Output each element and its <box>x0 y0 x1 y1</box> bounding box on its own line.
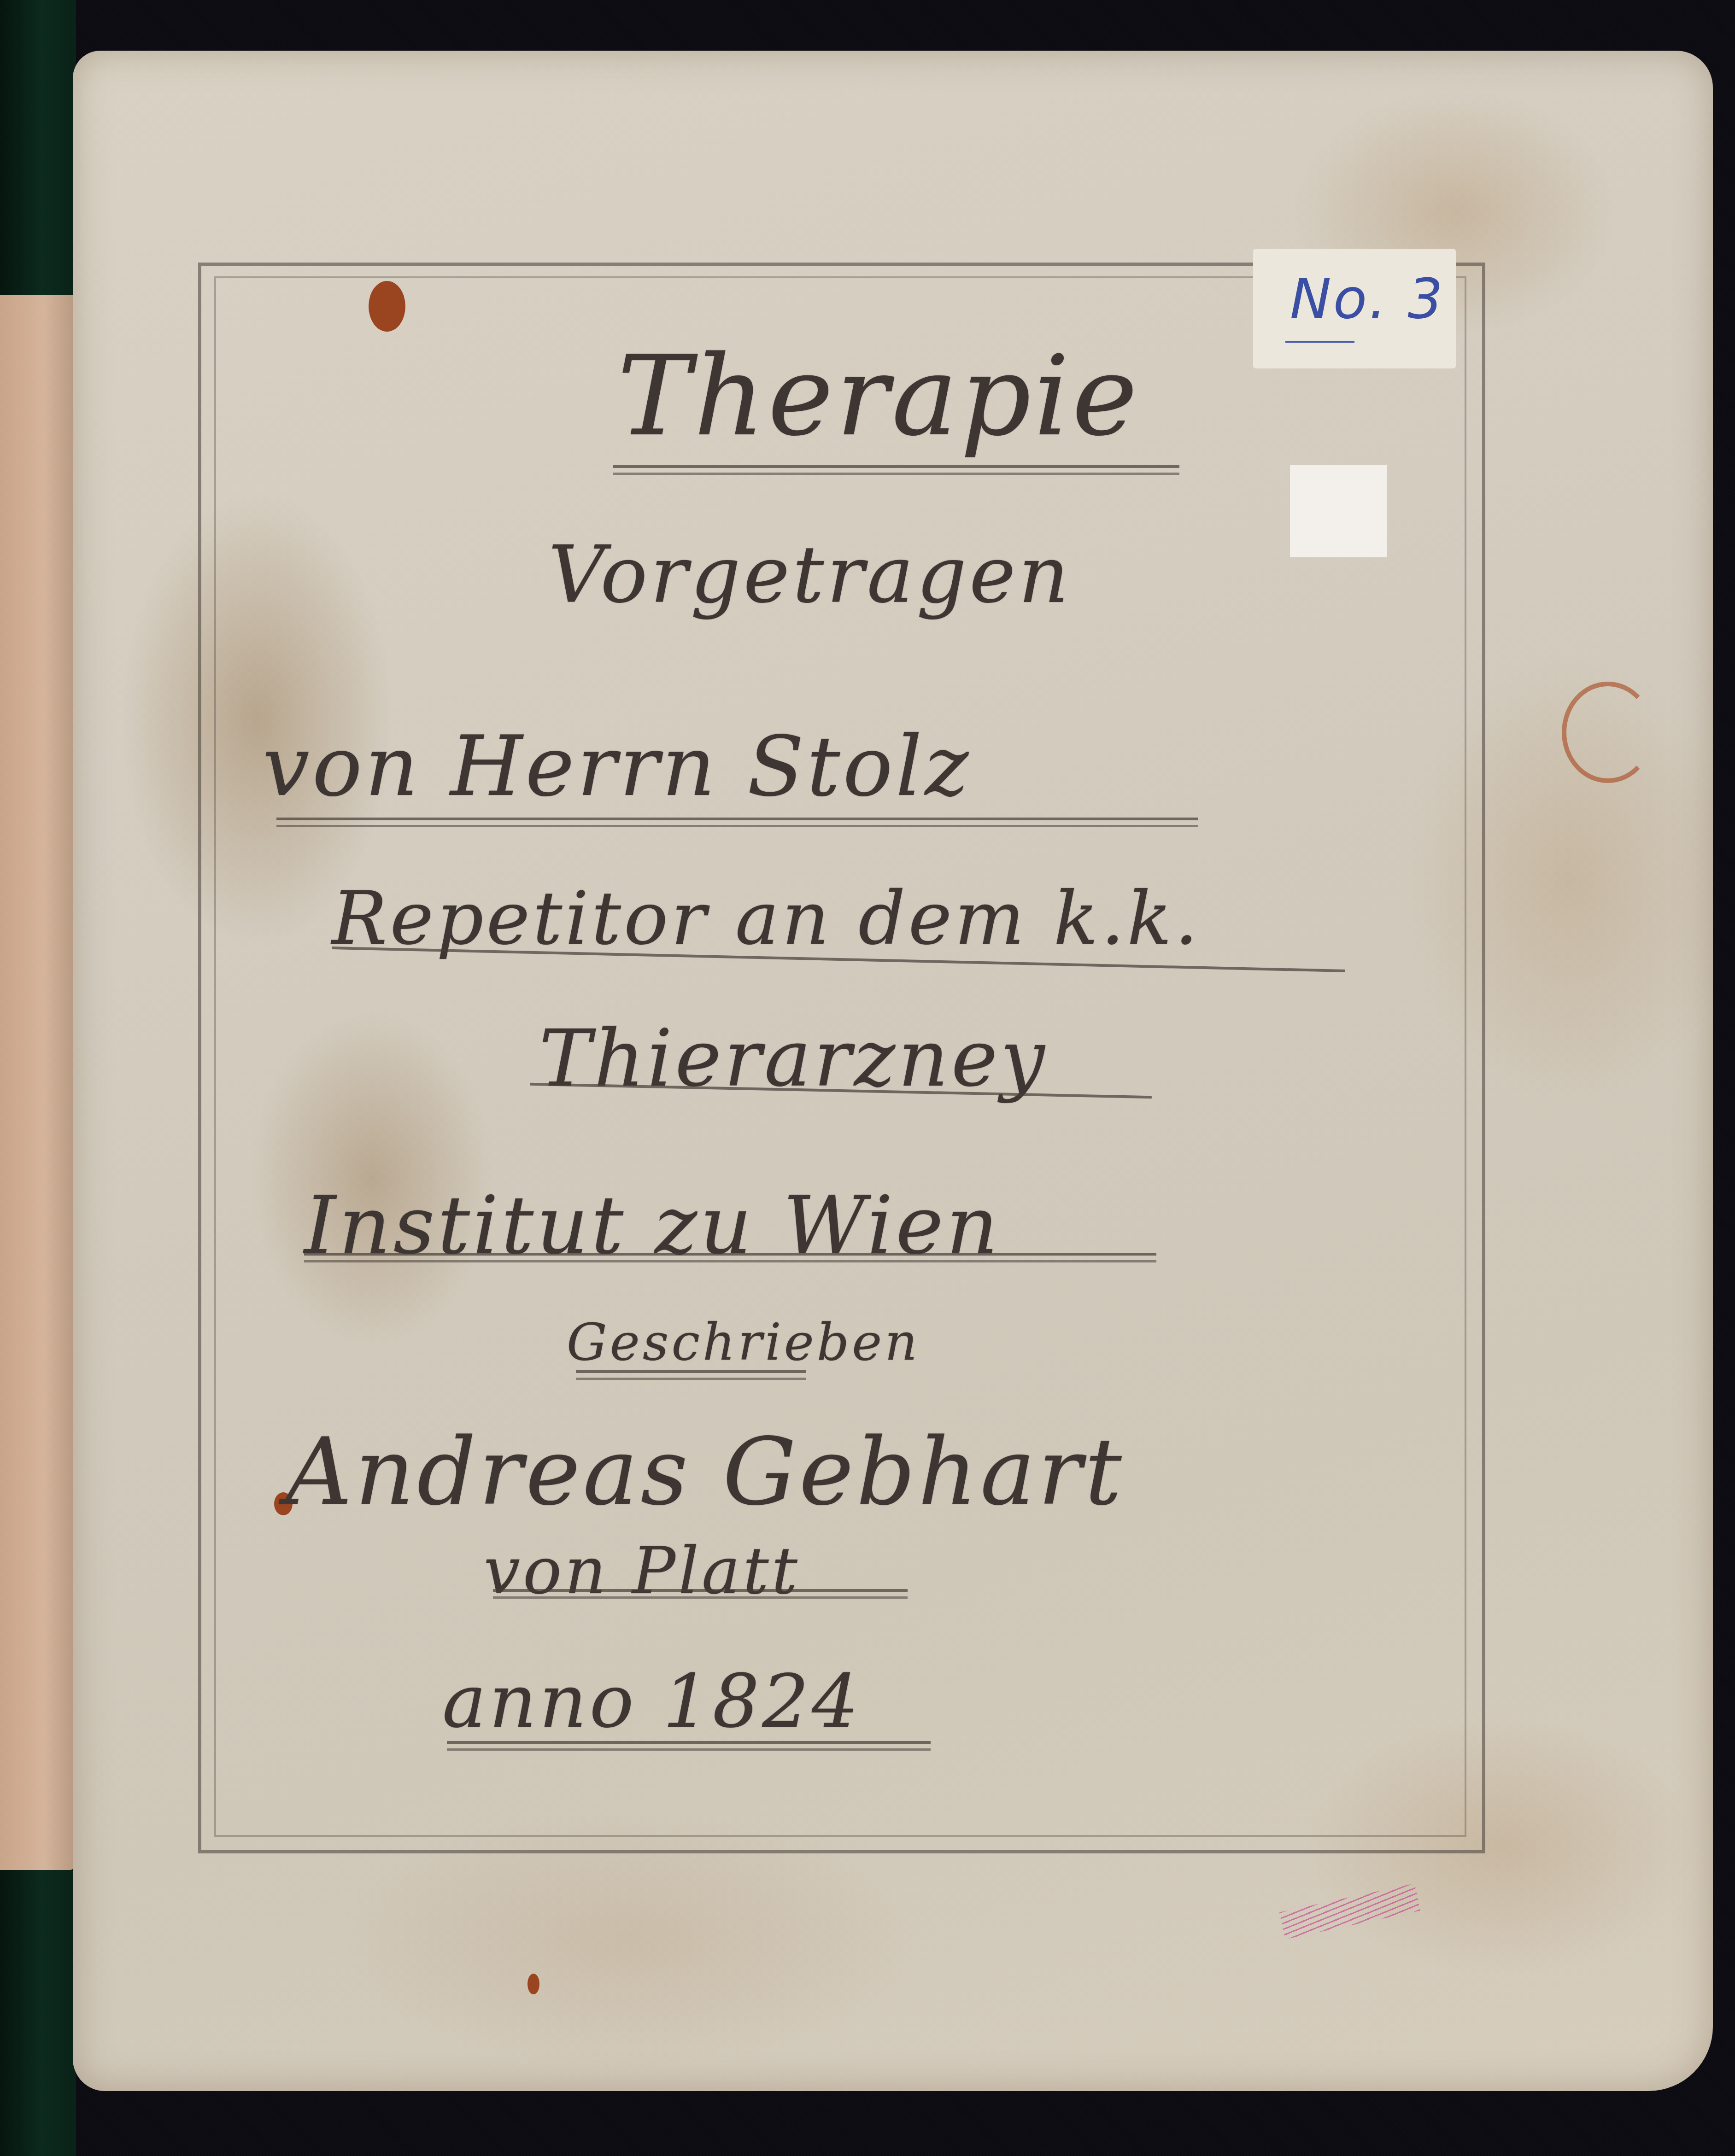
title-underline <box>613 465 1179 475</box>
lecturer-underline <box>276 818 1198 827</box>
line-repetitor: Repetitor an dem k.k. <box>332 875 1201 961</box>
catalog-underline <box>1285 341 1354 343</box>
catalog-number: No. 3 <box>1290 267 1445 331</box>
underlying-page-edge <box>0 295 74 1870</box>
line-geschrieben: Geschrieben <box>567 1313 920 1372</box>
line-lecturer: von Herrn Stolz <box>263 719 971 815</box>
paper-repair-patch <box>1290 465 1387 557</box>
rust-spot <box>369 281 405 332</box>
rust-ring-stain <box>1562 682 1654 783</box>
title-therapie: Therapie <box>617 332 1140 461</box>
line-scribe-name: Andreas Gebhart <box>286 1419 1125 1526</box>
line-date: anno 1824 <box>442 1658 862 1744</box>
line-vorgetragen: Vorgetragen <box>548 530 1072 621</box>
rust-spot <box>528 1974 539 1994</box>
institut-underline <box>304 1253 1156 1262</box>
catalog-number-label: No. 3 <box>1253 249 1456 368</box>
geschrieben-underline <box>576 1370 806 1380</box>
origin-underline <box>493 1589 908 1599</box>
date-underline <box>447 1741 931 1751</box>
